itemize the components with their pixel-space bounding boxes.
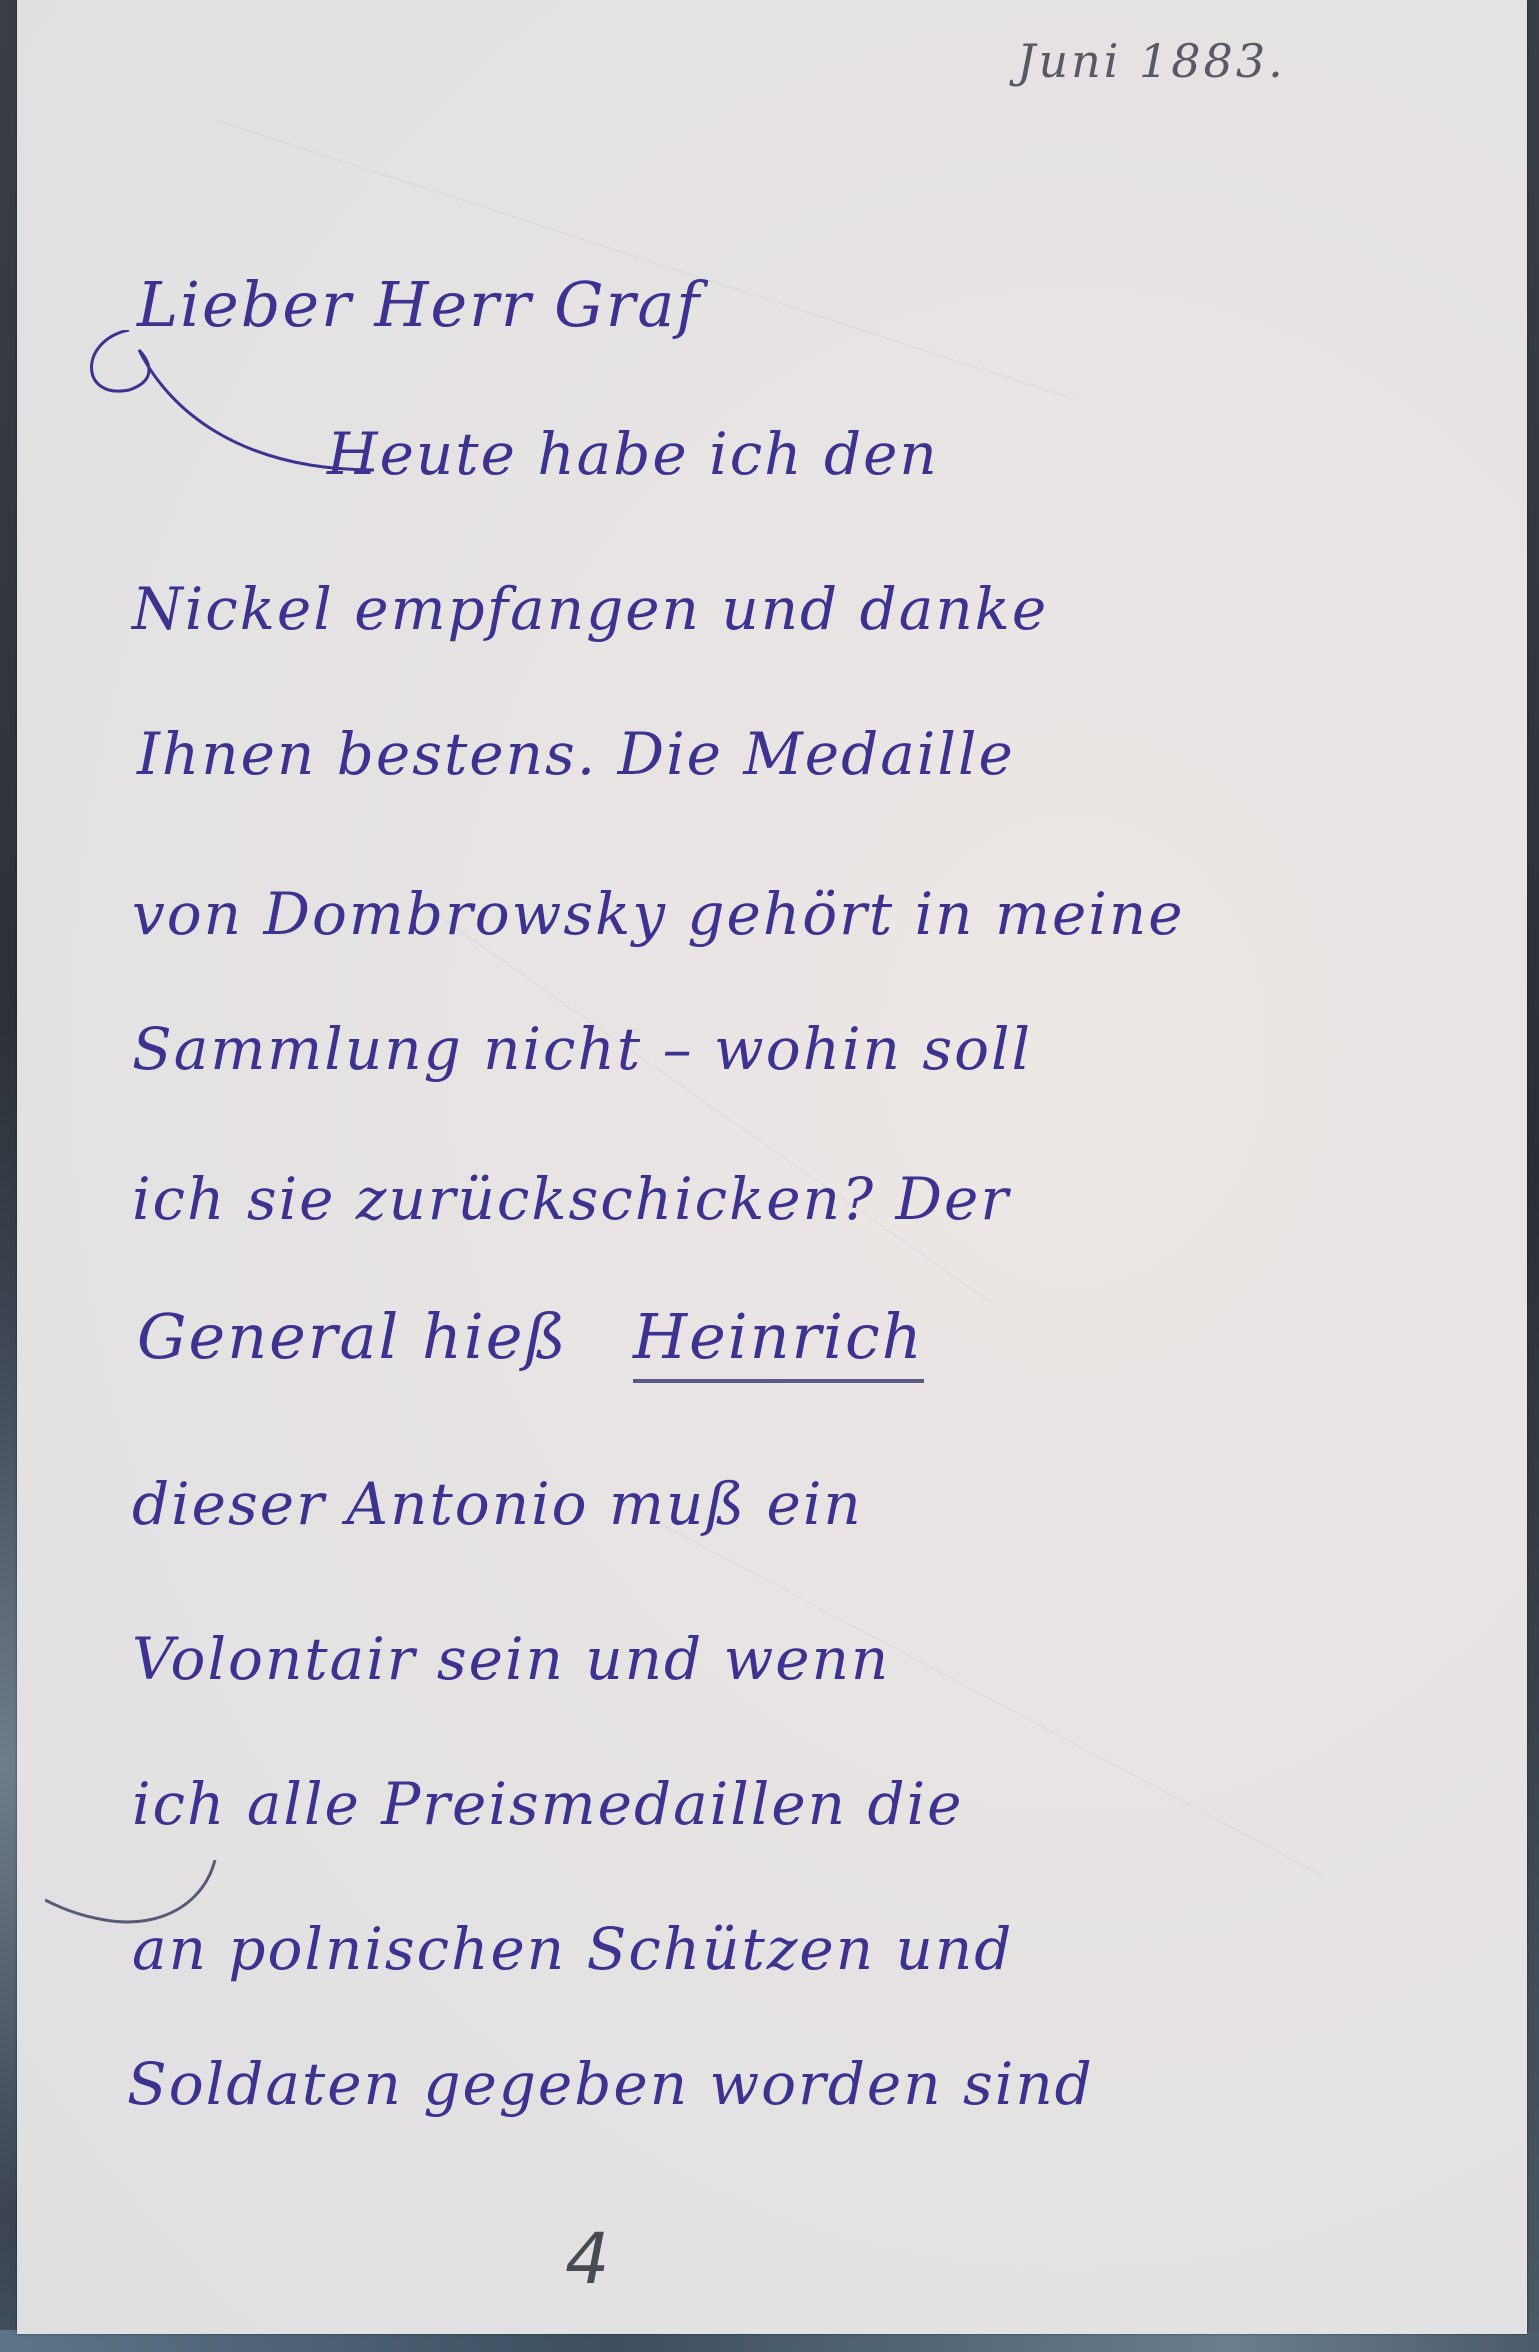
underlined-name: Heinrich <box>633 1300 924 1383</box>
letter-line-4: von Dombrowsky gehört in meine <box>132 880 1185 948</box>
letter-line-11: an polnischen Schützen und <box>132 1915 1013 1983</box>
page-number: 4 <box>565 2218 610 2300</box>
letter-paper: Juni 1883. Lieber Herr Graf Heute habe i… <box>17 0 1527 2334</box>
letter-line-5: Sammlung nicht – wohin soll <box>132 1015 1032 1083</box>
letter-line-9: Volontair sein und wenn <box>132 1625 890 1693</box>
letter-line-3: Ihnen bestens. Die Medaille <box>137 720 1015 788</box>
letter-line-12: Soldaten gegeben worden sind <box>127 2050 1094 2118</box>
letter-line-7-text: General hieß <box>137 1300 568 1373</box>
letter-line-7: General hieß Heinrich <box>137 1300 924 1373</box>
letter-line-1: Heute habe ich den <box>327 420 939 488</box>
bleed-through-stroke <box>416 900 990 1302</box>
letter-line-6: ich sie zurückschicken? Der <box>132 1165 1010 1233</box>
letter-date: Juni 1883. <box>1017 34 1286 88</box>
letter-line-10: ich alle Preismedaillen die <box>132 1770 963 1838</box>
letter-line-2: Nickel empfangen und danke <box>132 575 1048 643</box>
letter-line-8: dieser Antonio muß ein <box>132 1470 863 1538</box>
